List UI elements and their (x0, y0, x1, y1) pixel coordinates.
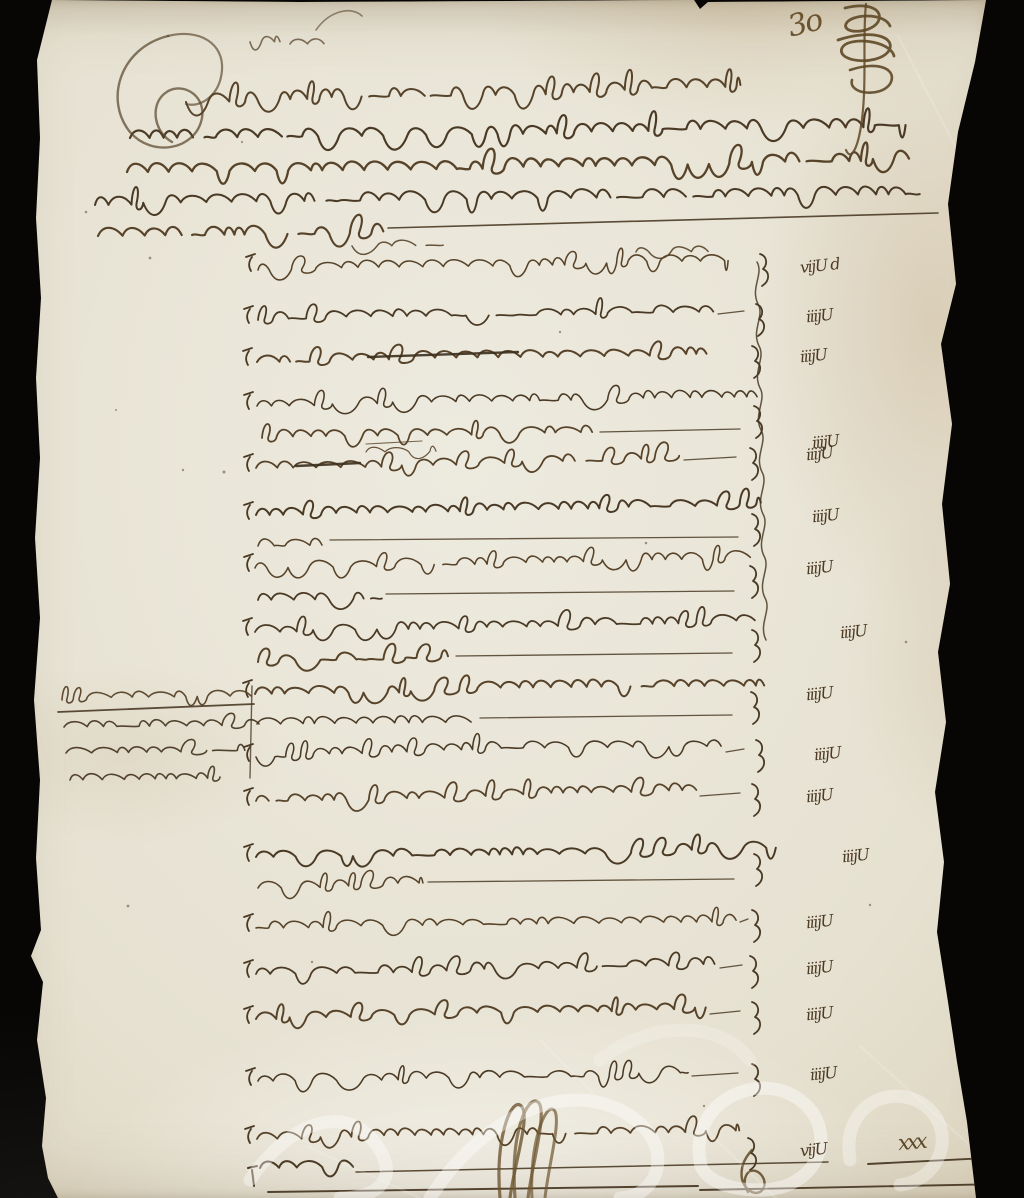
ink-specks (85, 141, 966, 1107)
amount-value: iiijU (805, 305, 833, 327)
amount-value: iiijU (799, 345, 827, 367)
bottom-tally-mark: xxx (897, 1129, 926, 1155)
amount-value: iiijU (841, 845, 869, 867)
amount-value: vijU d (799, 254, 840, 277)
handwriting-layer (0, 0, 1024, 1198)
manuscript-page: 3o xxx vijU diiijUiiijUiiijUiiijUiiijUii… (0, 0, 1024, 1198)
amount-value: iiijU (805, 785, 833, 807)
amount-value: iiijU (813, 743, 841, 765)
archive-watermark (250, 1030, 942, 1198)
amount-value: iiijU (805, 911, 833, 933)
amount-value: iiijU (805, 557, 833, 579)
amount-value: iiijU (839, 621, 867, 643)
amount-value: iiijU (805, 443, 833, 465)
amount-value: iiijU (811, 505, 839, 527)
amount-value: iiijU (805, 683, 833, 705)
amount-value: vijU (799, 1139, 827, 1161)
photo-backdrop: 3o xxx vijU diiijUiiijUiiijUiiijUiiijUii… (0, 0, 1024, 1198)
paper-creases (306, 36, 986, 1198)
amount-value: iiijU (809, 1063, 837, 1085)
margin-note-script (58, 686, 259, 781)
entry-script (243, 248, 828, 1176)
amount-value: iiijU (805, 957, 833, 979)
header-script (95, 11, 938, 259)
amount-value: iiijU (805, 1003, 833, 1025)
rubric-scribble (838, 4, 894, 154)
